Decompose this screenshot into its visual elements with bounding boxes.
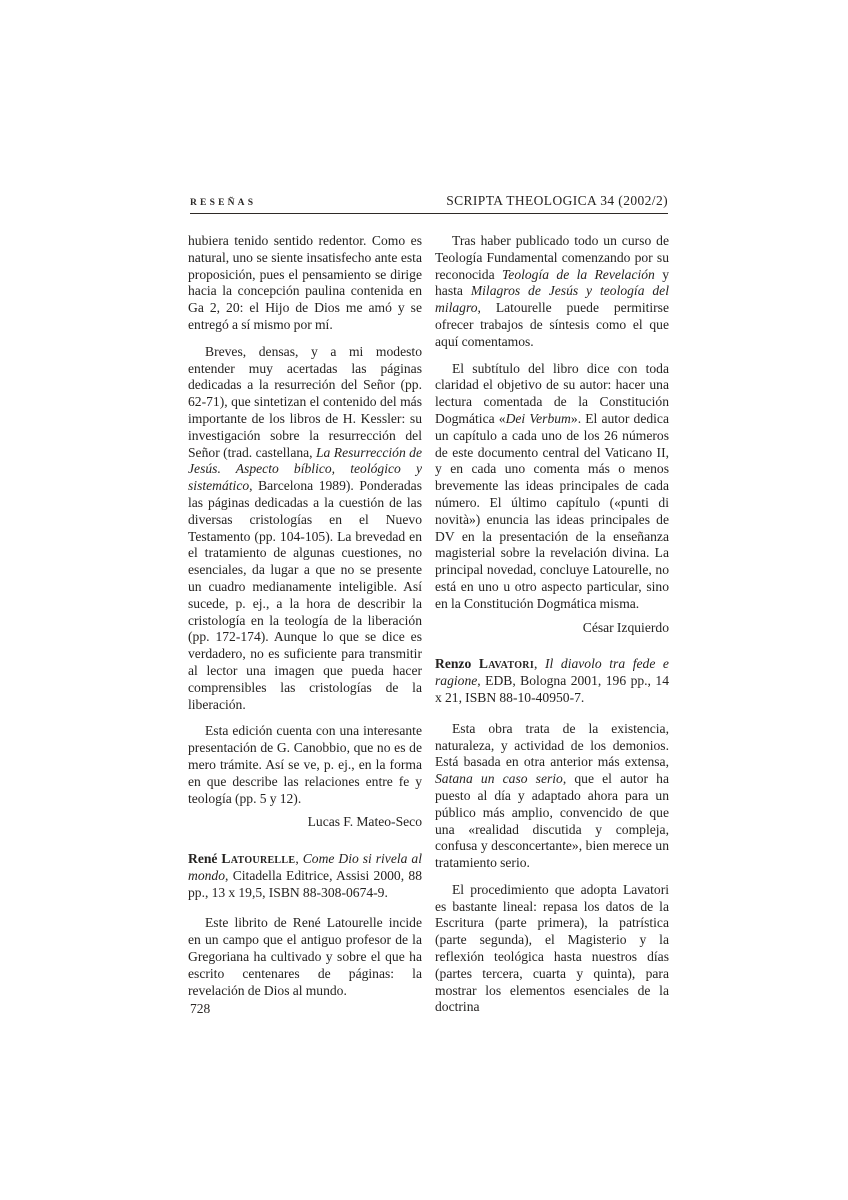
text-column-left: hubiera tenido sentido redentor. Como es… <box>188 233 422 1016</box>
body-paragraph: Esta edición cuenta con una interesante … <box>188 723 422 807</box>
body-paragraph: Este librito de René Latourelle incide e… <box>188 915 422 999</box>
text-run: , Barcelona 1989). Ponderadas las página… <box>188 478 422 711</box>
body-paragraph: Tras haber publicado todo un curso de Te… <box>435 233 669 351</box>
running-head-section-label: Reseñas <box>190 198 256 208</box>
text-run: , <box>534 656 545 671</box>
text-run: ». El autor dedica un capítulo a cada un… <box>435 411 669 611</box>
body-paragraph: Esta obra trata de la existencia, natura… <box>435 721 669 872</box>
journal-page: Reseñas SCRIPTA THEOLOGICA 34 (2002/2) h… <box>0 0 848 1200</box>
text-run: René <box>188 851 221 866</box>
text-run: Satana un caso serio <box>435 771 563 786</box>
text-run: Este librito de René Latourelle incide e… <box>188 915 422 997</box>
page-number: 728 <box>190 1001 210 1017</box>
text-run: Breves, densas, y a mi modesto entender … <box>188 344 422 460</box>
book-citation: René Latourelle, Come Dio si rivela al m… <box>188 851 422 901</box>
body-paragraph: hubiera tenido sentido redentor. Como es… <box>188 233 422 334</box>
text-run: Latourelle <box>221 851 295 866</box>
text-column-right: Tras haber publicado todo un curso de Te… <box>435 233 669 1016</box>
text-columns: hubiera tenido sentido redentor. Como es… <box>188 233 670 1016</box>
reviewer-signature: Lucas F. Mateo-Seco <box>188 814 422 831</box>
text-run: El procedimiento que adopta Lavatori es … <box>435 882 669 1015</box>
running-head: Reseñas SCRIPTA THEOLOGICA 34 (2002/2) <box>190 193 668 209</box>
text-run: Teología de la Revelación <box>502 267 655 282</box>
text-run: hubiera tenido sentido redentor. Como es… <box>188 233 422 332</box>
text-run: Renzo <box>435 656 479 671</box>
book-citation: Renzo Lavatori, Il diavolo tra fede e ra… <box>435 656 669 706</box>
text-run: , <box>295 851 302 866</box>
reviewer-signature: César Izquierdo <box>435 620 669 637</box>
body-paragraph: Breves, densas, y a mi modesto entender … <box>188 344 422 714</box>
text-run: Esta edición cuenta con una interesante … <box>188 723 422 805</box>
text-run: Esta obra trata de la existencia, natura… <box>435 721 669 770</box>
text-run: Dei Verbum <box>506 411 571 426</box>
body-paragraph: El subtítulo del libro dice con toda cla… <box>435 361 669 613</box>
header-rule-divider <box>190 213 668 214</box>
text-run: Lavatori <box>479 656 534 671</box>
running-head-journal-title: SCRIPTA THEOLOGICA 34 (2002/2) <box>446 193 668 209</box>
body-paragraph: El procedimiento que adopta Lavatori es … <box>435 882 669 1016</box>
